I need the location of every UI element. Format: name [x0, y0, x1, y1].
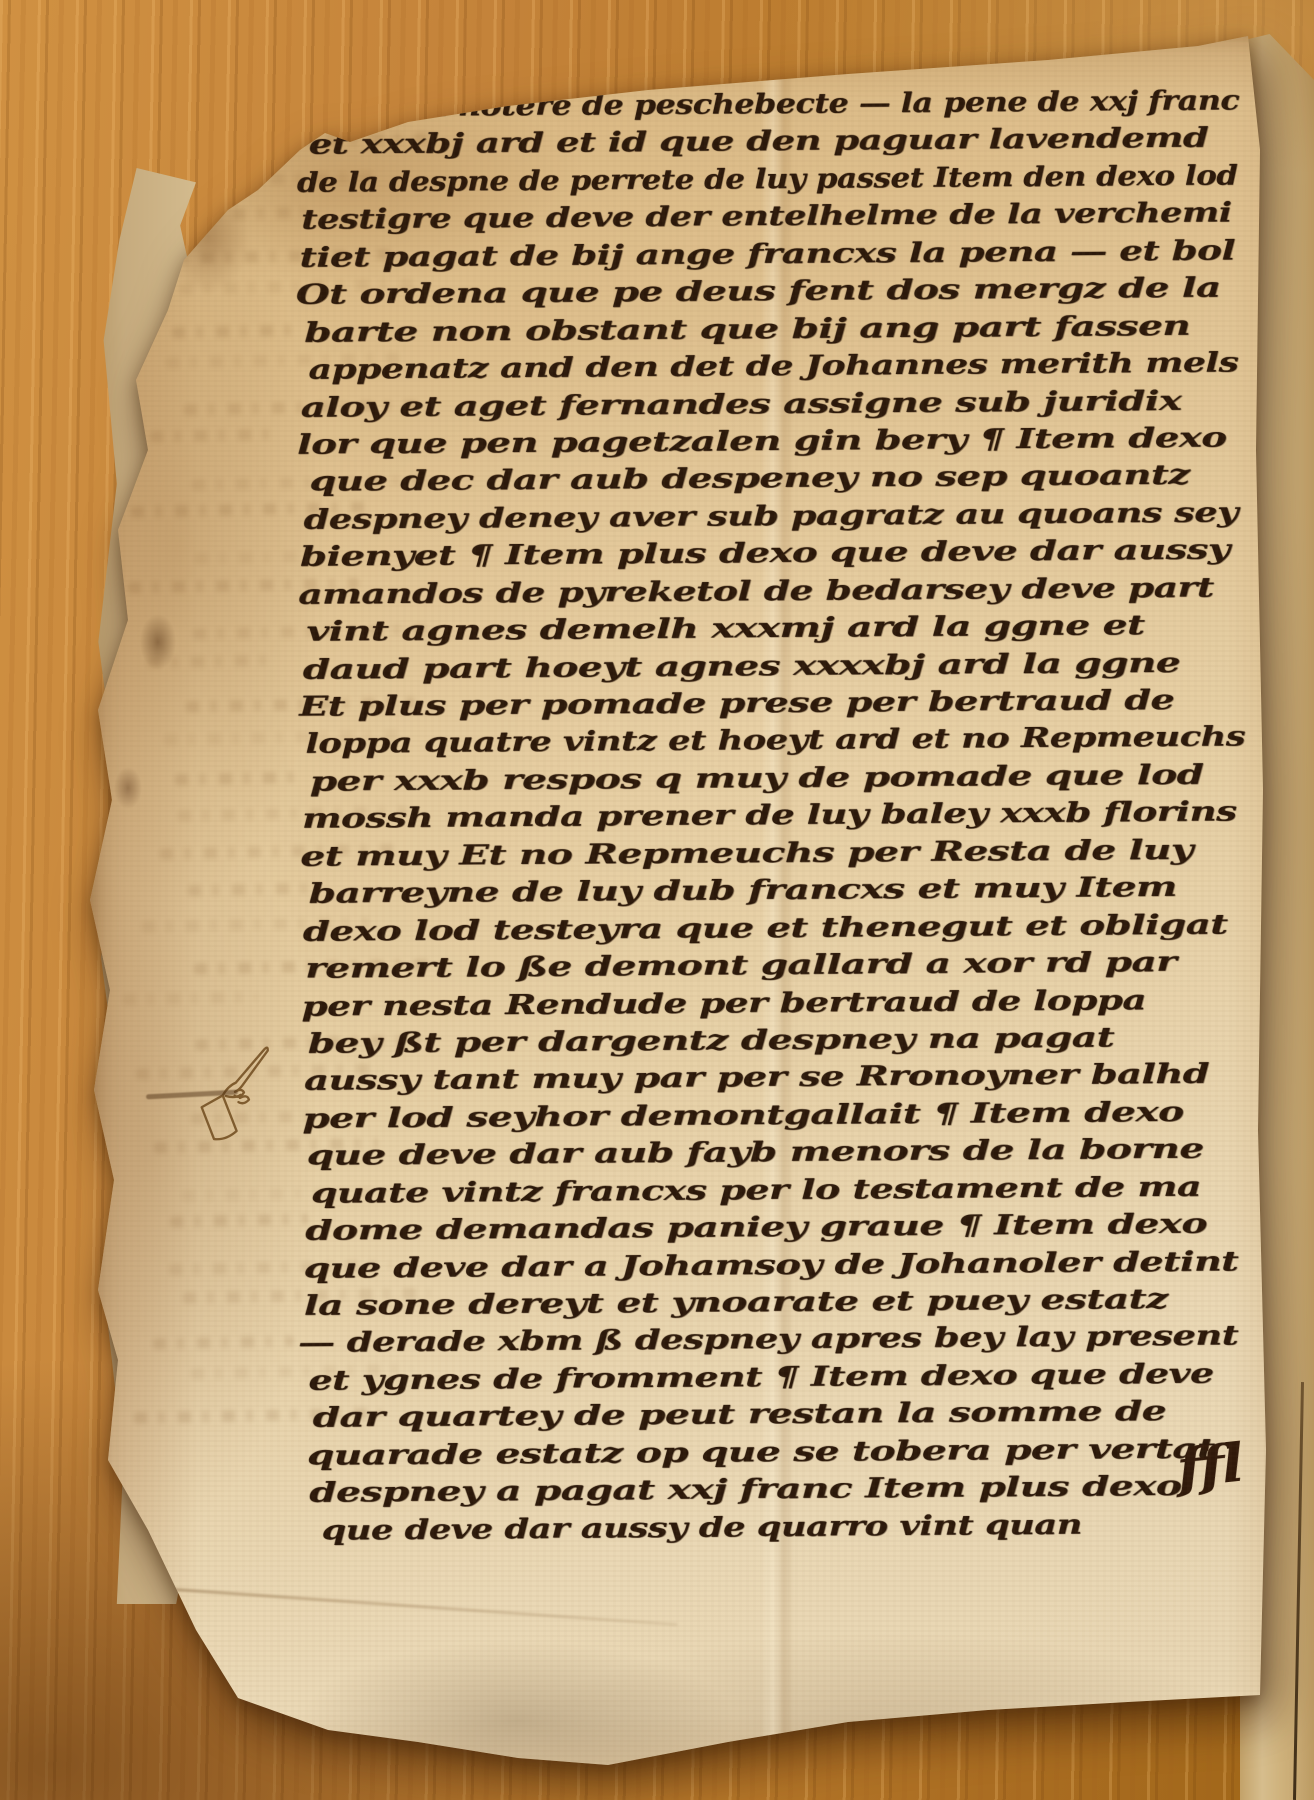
bleedthrough-mark: [175, 771, 304, 785]
manuscript-page: dev au notere de peschebecte — la pene d…: [88, 30, 1288, 1792]
paper-sheet: dev au notere de peschebecte — la pene d…: [88, 30, 1288, 1792]
bleedthrough-mark: [147, 654, 274, 668]
bleedthrough-mark: [170, 1214, 309, 1228]
manuscript-row: que deve dar aussy de quarro vint quan: [305, 1505, 1255, 1550]
manuscript-line: que deve dar aussy de quarro vint quan: [321, 1506, 1082, 1549]
closing-flourish: ffl: [1174, 1433, 1244, 1500]
bleedthrough-mark: [172, 325, 292, 339]
bleedthrough-mark: [123, 991, 257, 1005]
bottom-left-crease: [159, 1587, 678, 1626]
bleedthrough-mark: [189, 207, 307, 220]
bleedthrough-mark: [120, 97, 235, 110]
manuscript-line: bey ßt per dargentz despney na pagat: [308, 1019, 1115, 1063]
bleedthrough-mark: [152, 1335, 293, 1349]
bleedthrough-mark: [150, 428, 272, 442]
manuscript-lines: dev au notere de peschebecte — la pene d…: [294, 82, 1255, 1549]
manuscript-row: despney a pagat xxj franc Item plus dexo: [305, 1467, 1255, 1512]
photo-of-manuscript: { "colors": { "ink": "#2b180a", "paper":…: [0, 0, 1314, 1800]
